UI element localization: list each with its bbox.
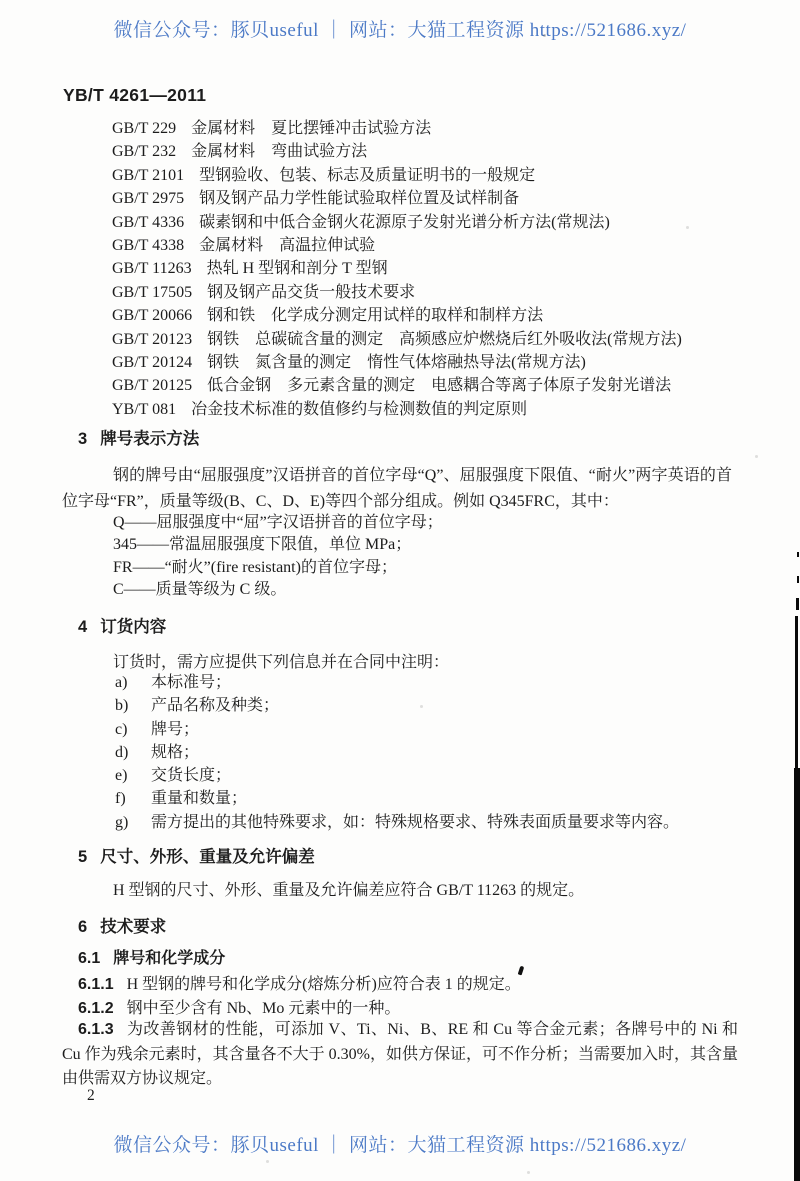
section-title: 尺寸、外形、重量及允许偏差	[100, 847, 315, 867]
watermark-top: 微信公众号：豚贝useful ｜ 网站：大猫工程资源 https://52168…	[0, 15, 800, 42]
reference-title: 碳素钢和中低合金钢火花源原子发射光谱分析方法(常规法)	[199, 211, 610, 234]
designation-definitions: Q——屈服强度中“屈”字汉语拼音的首位字母； 345——常温屈服强度下限值，单位…	[113, 512, 443, 602]
reference-item: GB/T 17505钢及钢产品交货一般技术要求	[112, 281, 682, 304]
section-6-heading: 6 技术要求	[78, 917, 166, 937]
section-title: 技术要求	[100, 917, 166, 937]
reference-item: GB/T 11263热轧 H 型钢和剖分 T 型钢	[112, 257, 682, 280]
item-label: f)	[115, 787, 137, 810]
scan-speck	[755, 455, 758, 458]
scan-speck	[266, 1160, 269, 1163]
item-text: 需方提出的其他特殊要求，如：特殊规格要求、特殊表面质量要求等内容。	[151, 811, 679, 834]
reference-code: GB/T 2975	[112, 187, 184, 210]
scan-speck	[527, 1171, 530, 1174]
ordering-item: c)牌号；	[115, 718, 679, 741]
item-label: a)	[115, 671, 137, 694]
scan-edge-dash	[797, 576, 799, 583]
reference-code: GB/T 20066	[112, 304, 192, 327]
section-title: 牌号和化学成分	[113, 949, 225, 969]
item-label: e)	[115, 764, 137, 787]
reference-title: 冶金技术标准的数值修约与检测数值的判定原则	[191, 398, 527, 421]
reference-code: GB/T 11263	[112, 257, 192, 280]
section-4-heading: 4 订货内容	[78, 617, 166, 637]
reference-code: GB/T 20124	[112, 351, 192, 374]
scan-speck	[686, 226, 689, 229]
reference-title: 型钢验收、包装、标志及质量证明书的一般规定	[199, 164, 535, 187]
reference-title: 金属材料 高温拉伸试验	[199, 234, 375, 257]
reference-item: YB/T 081冶金技术标准的数值修约与检测数值的判定原则	[112, 398, 682, 421]
section-3-heading: 3 牌号表示方法	[78, 429, 199, 449]
reference-title: 钢和铁 化学成分测定用试样的取样和制样方法	[207, 304, 543, 327]
reference-item: GB/T 229金属材料 夏比摆锤冲击试验方法	[112, 117, 682, 140]
section-6-1-heading: 6.1 牌号和化学成分	[78, 949, 225, 969]
scan-edge-dash	[796, 598, 799, 610]
reference-item: GB/T 4338金属材料 高温拉伸试验	[112, 234, 682, 257]
reference-code: GB/T 4338	[112, 234, 184, 257]
definition-line: 345——常温屈服强度下限值，单位 MPa；	[113, 534, 443, 556]
section-title: 牌号表示方法	[100, 429, 199, 449]
reference-title: 钢铁 氮含量的测定 惰性气体熔融热导法(常规方法)	[207, 351, 586, 374]
reference-title: 低合金钢 多元素含量的测定 电感耦合等离子体原子发射光谱法	[207, 374, 671, 397]
scan-speck	[420, 705, 423, 708]
section-number: 3	[78, 429, 87, 449]
doc-code-header: YB/T 4261—2011	[63, 85, 206, 106]
section-4-intro: 订货时，需方应提供下列信息并在合同中注明：	[113, 653, 449, 673]
reference-code: GB/T 232	[112, 140, 176, 163]
reference-title: 钢铁 总碳硫含量的测定 高频感应炉燃烧后红外吸收法(常规方法)	[207, 328, 682, 351]
clause-6-1-3: 6.1.3为改善钢材的性能，可添加 V、Ti、Ni、B、RE 和 Cu 等合金元…	[62, 1018, 738, 1092]
section-number: 6	[78, 917, 87, 937]
watermark-bottom: 微信公众号：豚贝useful ｜ 网站：大猫工程资源 https://52168…	[0, 1130, 800, 1157]
scan-edge-line-thin	[795, 616, 798, 768]
page-number: 2	[87, 1087, 95, 1105]
section-3-intro: 钢的牌号由“屈服强度”汉语拼音的首位字母“Q”、屈服强度下限值、“耐火”两字英语…	[62, 463, 732, 515]
reference-title: 热轧 H 型钢和剖分 T 型钢	[207, 257, 388, 280]
reference-title: 金属材料 弯曲试验方法	[191, 140, 367, 163]
ordering-items-list: a)本标准号； b)产品名称及种类； c)牌号； d)规格； e)交货长度； f…	[115, 671, 679, 834]
clause-6-1-1: 6.1.1 H 型钢的牌号和化学成分(熔炼分析)应符合表 1 的规定。	[78, 975, 521, 995]
item-text: 牌号；	[151, 718, 199, 741]
clause-6-1-2: 6.1.2 钢中至少含有 Nb、Mo 元素中的一种。	[78, 999, 400, 1019]
section-5-body: H 型钢的尺寸、外形、重量及允许偏差应符合 GB/T 11263 的规定。	[113, 881, 584, 901]
definition-line: Q——屈服强度中“屈”字汉语拼音的首位字母；	[113, 512, 443, 534]
item-text: 本标准号；	[151, 671, 231, 694]
reference-title: 钢及钢产品交货一般技术要求	[207, 281, 415, 304]
item-label: b)	[115, 694, 137, 717]
ordering-item: d)规格；	[115, 741, 679, 764]
ordering-item: f)重量和数量；	[115, 787, 679, 810]
clause-number: 6.1.2	[78, 999, 114, 1019]
section-5-heading: 5 尺寸、外形、重量及允许偏差	[78, 847, 315, 867]
reference-code: GB/T 20123	[112, 328, 192, 351]
reference-item: GB/T 232金属材料 弯曲试验方法	[112, 140, 682, 163]
scan-edge-line-thick	[794, 768, 800, 1181]
reference-code: GB/T 20125	[112, 374, 192, 397]
clause-number: 6.1.1	[78, 975, 114, 995]
document-page: 微信公众号：豚贝useful ｜ 网站：大猫工程资源 https://52168…	[0, 0, 800, 1181]
reference-item: GB/T 20066钢和铁 化学成分测定用试样的取样和制样方法	[112, 304, 682, 327]
item-label: g)	[115, 811, 137, 834]
reference-code: GB/T 4336	[112, 211, 184, 234]
scan-edge-dash	[797, 552, 799, 557]
section-number: 4	[78, 617, 87, 637]
scan-speck	[543, 34, 546, 37]
reference-code: YB/T 081	[112, 398, 176, 421]
reference-code: GB/T 229	[112, 117, 176, 140]
section-number: 5	[78, 847, 87, 867]
reference-item: GB/T 20124钢铁 氮含量的测定 惰性气体熔融热导法(常规方法)	[112, 351, 682, 374]
scan-tick-artifact	[518, 966, 525, 976]
item-text: 规格；	[151, 741, 199, 764]
definition-line: FR——“耐火”(fire resistant)的首位字母；	[113, 557, 443, 579]
definition-line: C——质量等级为 C 级。	[113, 579, 443, 601]
clause-text: H 型钢的牌号和化学成分(熔炼分析)应符合表 1 的规定。	[127, 975, 521, 995]
reference-code: GB/T 17505	[112, 281, 192, 304]
item-label: c)	[115, 718, 137, 741]
ordering-item: b)产品名称及种类；	[115, 694, 679, 717]
reference-code: GB/T 2101	[112, 164, 184, 187]
item-label: d)	[115, 741, 137, 764]
references-list: GB/T 229金属材料 夏比摆锤冲击试验方法 GB/T 232金属材料 弯曲试…	[112, 117, 682, 421]
section-title: 订货内容	[100, 617, 166, 637]
item-text: 产品名称及种类；	[151, 694, 279, 717]
clause-text: 钢中至少含有 Nb、Mo 元素中的一种。	[127, 999, 401, 1019]
scan-speck	[236, 1147, 239, 1150]
reference-item: GB/T 4336碳素钢和中低合金钢火花源原子发射光谱分析方法(常规法)	[112, 211, 682, 234]
item-text: 重量和数量；	[151, 787, 247, 810]
reference-title: 钢及钢产品力学性能试验取样位置及试样制备	[199, 187, 519, 210]
ordering-item: e)交货长度；	[115, 764, 679, 787]
reference-item: GB/T 2101型钢验收、包装、标志及质量证明书的一般规定	[112, 164, 682, 187]
clause-number: 6.1.3	[78, 1021, 114, 1038]
reference-title: 金属材料 夏比摆锤冲击试验方法	[191, 117, 431, 140]
reference-item: GB/T 2975钢及钢产品力学性能试验取样位置及试样制备	[112, 187, 682, 210]
section-number: 6.1	[78, 949, 100, 969]
clause-text: 为改善钢材的性能，可添加 V、Ti、Ni、B、RE 和 Cu 等合金元素；各牌号…	[62, 1021, 738, 1087]
ordering-item: a)本标准号；	[115, 671, 679, 694]
item-text: 交货长度；	[151, 764, 231, 787]
reference-item: GB/T 20123钢铁 总碳硫含量的测定 高频感应炉燃烧后红外吸收法(常规方法…	[112, 328, 682, 351]
reference-item: GB/T 20125低合金钢 多元素含量的测定 电感耦合等离子体原子发射光谱法	[112, 374, 682, 397]
ordering-item: g)需方提出的其他特殊要求，如：特殊规格要求、特殊表面质量要求等内容。	[115, 811, 679, 834]
